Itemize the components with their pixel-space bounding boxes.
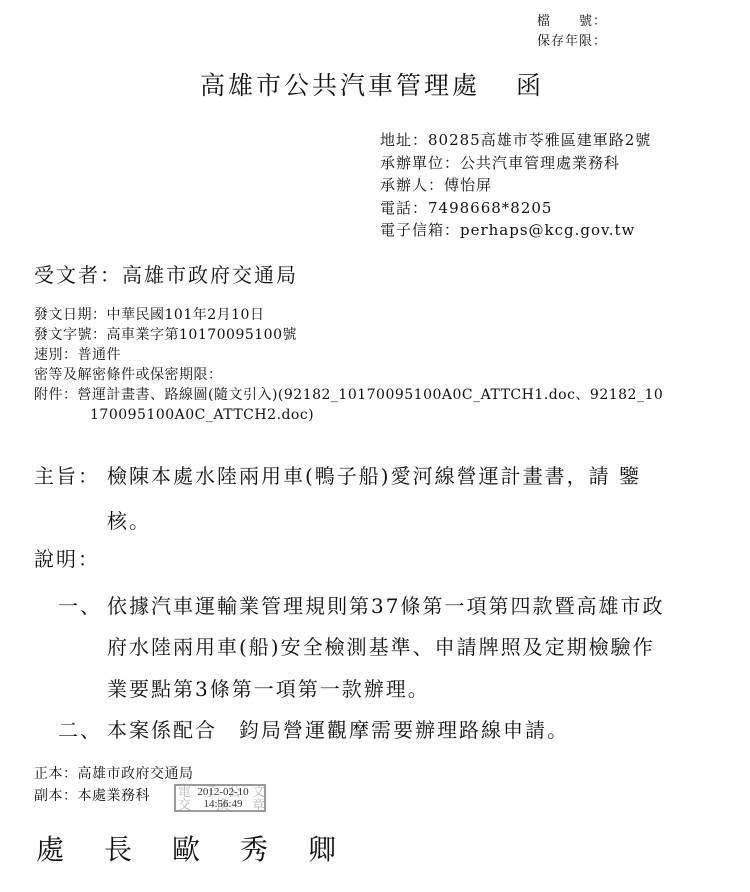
signature-char: 歐 bbox=[172, 828, 240, 868]
delivery-speed: 速別：普通件 bbox=[34, 345, 663, 365]
distribution: 正本：高雄市政府交通局 副本：本處業務科 bbox=[34, 763, 194, 807]
stamp-datetime: 2012-02-10 14:56:49 bbox=[188, 786, 258, 810]
stamp-date: 2012-02-10 bbox=[188, 786, 258, 798]
sender-email: 電子信箱：perhaps@kcg.gov.tw bbox=[380, 219, 651, 242]
explanation-item-2-number: 二、 bbox=[58, 714, 102, 743]
signature-char: 長 bbox=[104, 828, 172, 868]
stamp-time: 14:56:49 bbox=[188, 798, 258, 810]
subject-line-2: 核。 bbox=[107, 505, 151, 534]
sender-info: 地址：80285高雄市苓雅區建軍路2號 承辦單位：公共汽車管理處業務科 承辦人：… bbox=[380, 129, 651, 242]
agency-name: 高雄市公共汽車管理處 bbox=[200, 71, 480, 100]
subject-line-1: 檢陳本處水陸兩用車(鴨子船)愛河線營運計畫書，請 鑒 bbox=[107, 460, 641, 489]
signature-char: 卿 bbox=[308, 828, 376, 868]
confidentiality: 密等及解密條件或保密期限： bbox=[34, 365, 663, 385]
explanation-item-1-line-3: 業要點第3條第一項第一款辦理。 bbox=[107, 673, 430, 702]
document-type: 函 bbox=[516, 71, 544, 100]
electronic-exchange-stamp: 電 子 公 文 交 換 章 2012-02-10 14:56:49 bbox=[174, 784, 266, 812]
file-number-label: 檔 號： bbox=[537, 12, 607, 32]
receiver: 受文者：高雄市政府交通局 bbox=[34, 259, 298, 288]
sender-address: 地址：80285高雄市苓雅區建軍路2號 bbox=[380, 129, 651, 152]
attachments-line-2: 170095100A0C_ATTCH2.doc) bbox=[34, 405, 663, 425]
explanation-item-1-number: 一、 bbox=[58, 590, 102, 619]
issue-date: 發文日期：中華民國101年2月10日 bbox=[34, 305, 663, 325]
subject-label: 主旨： bbox=[34, 460, 100, 489]
explanation-label: 說明： bbox=[34, 543, 100, 572]
signature: 處長歐秀卿 bbox=[36, 828, 376, 868]
sender-phone: 電話：7498668*8205 bbox=[380, 197, 651, 220]
sender-contact-person: 承辦人：傅怡屏 bbox=[380, 174, 651, 197]
explanation-item-2-line-1: 本案係配合 鈞局營運觀摩需要辦理路線申請。 bbox=[107, 714, 569, 743]
document-number: 發文字號：高車業字第10170095100號 bbox=[34, 325, 663, 345]
header-meta: 檔 號： 保存年限： bbox=[537, 12, 607, 52]
document-info: 發文日期：中華民國101年2月10日 發文字號：高車業字第10170095100… bbox=[34, 305, 663, 425]
explanation-item-1-line-2: 府水陸兩用車(船)安全檢測基準、申請牌照及定期檢驗作 bbox=[107, 631, 655, 660]
copy-recipient: 副本：本處業務科 bbox=[34, 785, 194, 807]
retention-period-label: 保存年限： bbox=[537, 32, 607, 52]
explanation-item-1-line-1: 依據汽車運輸業管理規則第37條第一項第四款暨高雄市政 bbox=[107, 590, 664, 619]
signature-char: 處 bbox=[36, 828, 104, 868]
sender-unit: 承辦單位：公共汽車管理處業務科 bbox=[380, 152, 651, 175]
document-title: 高雄市公共汽車管理處函 bbox=[200, 66, 544, 102]
signature-char: 秀 bbox=[240, 828, 308, 868]
attachments-line-1: 附件：營運計畫書、路線圖(隨文引入)(92182_10170095100A0C_… bbox=[34, 385, 663, 405]
original-recipient: 正本：高雄市政府交通局 bbox=[34, 763, 194, 785]
